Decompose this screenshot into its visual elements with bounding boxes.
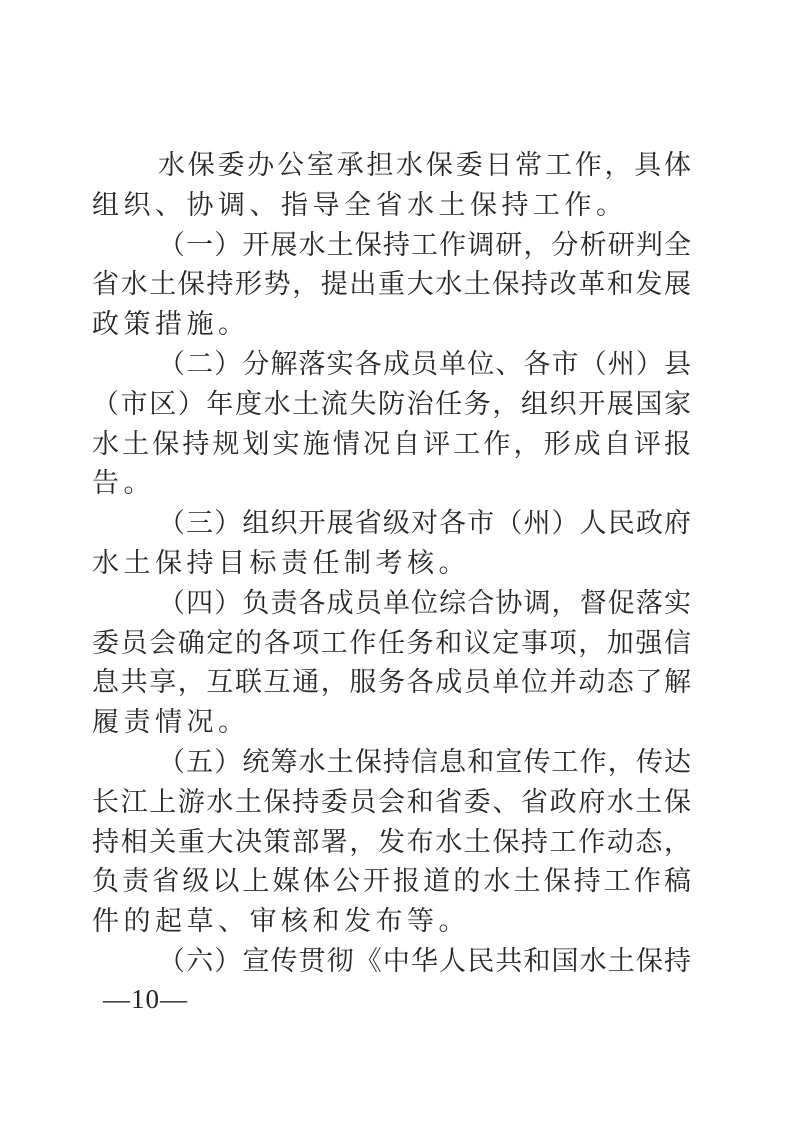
text-line: 持相关重大决策部署，发布水土保持工作动态， xyxy=(92,823,692,863)
text-line: （一）开展水土保持工作调研，分析研判全 xyxy=(92,226,692,266)
text-line: 水土保持规划实施情况自评工作，形成自评报 xyxy=(92,425,692,465)
text-line: 息共享，互联互通，服务各成员单位并动态了解 xyxy=(92,663,692,703)
text-line: （市区）年度水土流失防治任务，组织开展国家 xyxy=(92,385,692,425)
text-line: （六）宣传贯彻《中华人民共和国水土保持 xyxy=(92,942,692,982)
page-number: —10— xyxy=(103,984,188,1014)
text-line: 省水土保持形势，提出重大水土保持改革和发展 xyxy=(92,265,692,305)
text-line: 件的起草、审核和发布等。 xyxy=(92,902,692,942)
text-line: （二）分解落实各成员单位、各市（州）县 xyxy=(92,345,692,385)
text-line: 长江上游水土保持委员会和省委、省政府水土保 xyxy=(92,783,692,823)
text-line: 履责情况。 xyxy=(92,703,692,743)
document-body: 水保委办公室承担水保委日常工作，具体组织、协调、指导全省水土保持工作。（一）开展… xyxy=(92,146,692,982)
text-line: 水土保持目标责任制考核。 xyxy=(92,544,692,584)
text-line: 委员会确定的各项工作任务和议定事项，加强信 xyxy=(92,624,692,664)
document-page: 水保委办公室承担水保委日常工作，具体组织、协调、指导全省水土保持工作。（一）开展… xyxy=(0,0,793,1122)
text-line: 负责省级以上媒体公开报道的水土保持工作稿 xyxy=(92,862,692,902)
text-line: 政策措施。 xyxy=(92,305,692,345)
text-line: （五）统筹水土保持信息和宣传工作，传达 xyxy=(92,743,692,783)
text-line: 组织、协调、指导全省水土保持工作。 xyxy=(92,186,692,226)
text-line: 告。 xyxy=(92,464,692,504)
text-line: （三）组织开展省级对各市（州）人民政府 xyxy=(92,504,692,544)
text-line: 水保委办公室承担水保委日常工作，具体 xyxy=(92,146,692,186)
text-line: （四）负责各成员单位综合协调，督促落实 xyxy=(92,584,692,624)
